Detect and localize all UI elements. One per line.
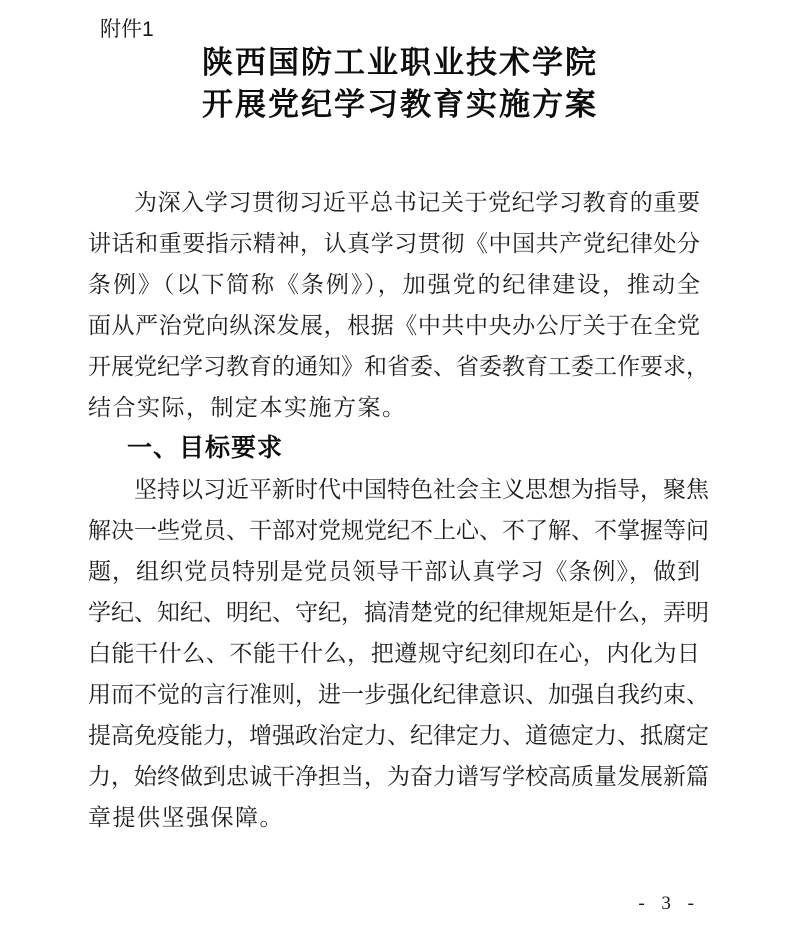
body-line: 章提供坚强保障。 [88,797,700,838]
attachment-label: 附件1 [100,16,154,44]
document-body: 为深入学习贯彻习近平总书记关于党纪学习教育的重要 讲话和重要指示精神，认真学习贯… [88,182,700,838]
body-line: 讲话和重要指示精神，认真学习贯彻《中国共产党纪律处分 [88,223,700,264]
paragraph-goals: 坚持以习近平新时代中国特色社会主义思想为指导，聚焦 解决一些党员、干部对党规党纪… [88,469,700,838]
body-line: 坚持以习近平新时代中国特色社会主义思想为指导，聚焦 [88,469,700,510]
body-line: 为深入学习贯彻习近平总书记关于党纪学习教育的重要 [88,182,700,223]
body-line: 解决一些党员、干部对党规党纪不上心、不了解、不掌握等问 [88,510,700,551]
body-line: 条例》（以下简称《条例》），加强党的纪律建设，推动全 [88,264,700,305]
page-number: - 3 - [638,893,700,915]
body-line: 用而不觉的言行准则，进一步强化纪律意识、加强自我约束、 [88,674,700,715]
document-title: 陕西国防工业职业技术学院 开展党纪学习教育实施方案 [0,42,800,126]
section-heading-goals: 一、目标要求 [88,428,700,469]
body-line: 力，始终做到忠诚干净担当，为奋力谱写学校高质量发展新篇 [88,756,700,797]
body-line: 面从严治党向纵深发展，根据《中共中央办公厅关于在全党 [88,305,700,346]
body-line: 题，组织党员特别是党员领导干部认真学习《条例》，做到 [88,551,700,592]
body-line: 白能干什么、不能干什么，把遵规守纪刻印在心，内化为日 [88,633,700,674]
document-title-line-2: 开展党纪学习教育实施方案 [0,84,800,126]
body-line: 结合实际，制定本实施方案。 [88,387,700,428]
body-line: 开展党纪学习教育的通知》和省委、省委教育工委工作要求， [88,346,700,387]
document-title-line-1: 陕西国防工业职业技术学院 [0,42,800,84]
document-page: 附件1 陕西国防工业职业技术学院 开展党纪学习教育实施方案 为深入学习贯彻习近平… [0,0,800,931]
paragraph-intro: 为深入学习贯彻习近平总书记关于党纪学习教育的重要 讲话和重要指示精神，认真学习贯… [88,182,700,428]
body-line: 学纪、知纪、明纪、守纪，搞清楚党的纪律规矩是什么，弄明 [88,592,700,633]
body-line: 提高免疫能力，增强政治定力、纪律定力、道德定力、抵腐定 [88,715,700,756]
